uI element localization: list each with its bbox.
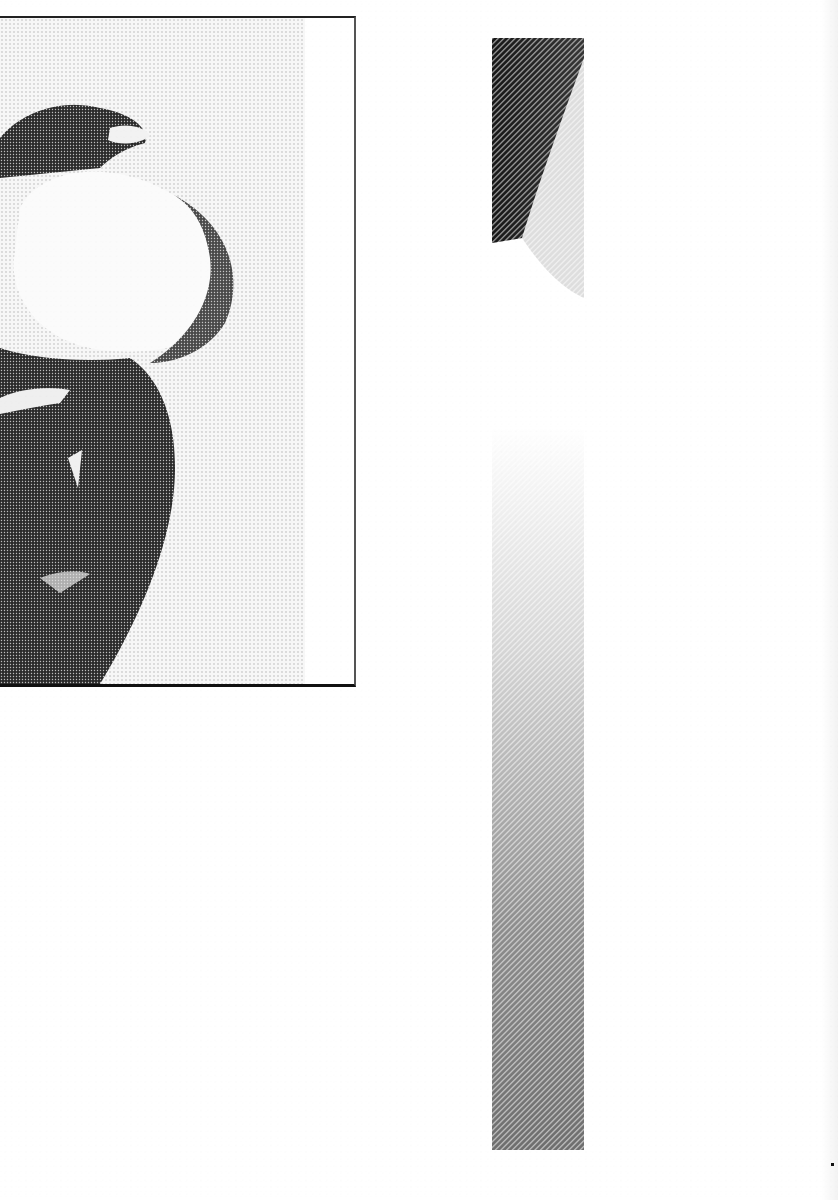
halftone-photo <box>0 16 356 687</box>
gradient-strip <box>492 38 584 1150</box>
tone-strip-graphic <box>492 38 584 1150</box>
page-edge-shadow <box>822 0 838 1200</box>
scan-speck <box>831 1163 834 1166</box>
photo-figure-graphic <box>0 18 354 684</box>
